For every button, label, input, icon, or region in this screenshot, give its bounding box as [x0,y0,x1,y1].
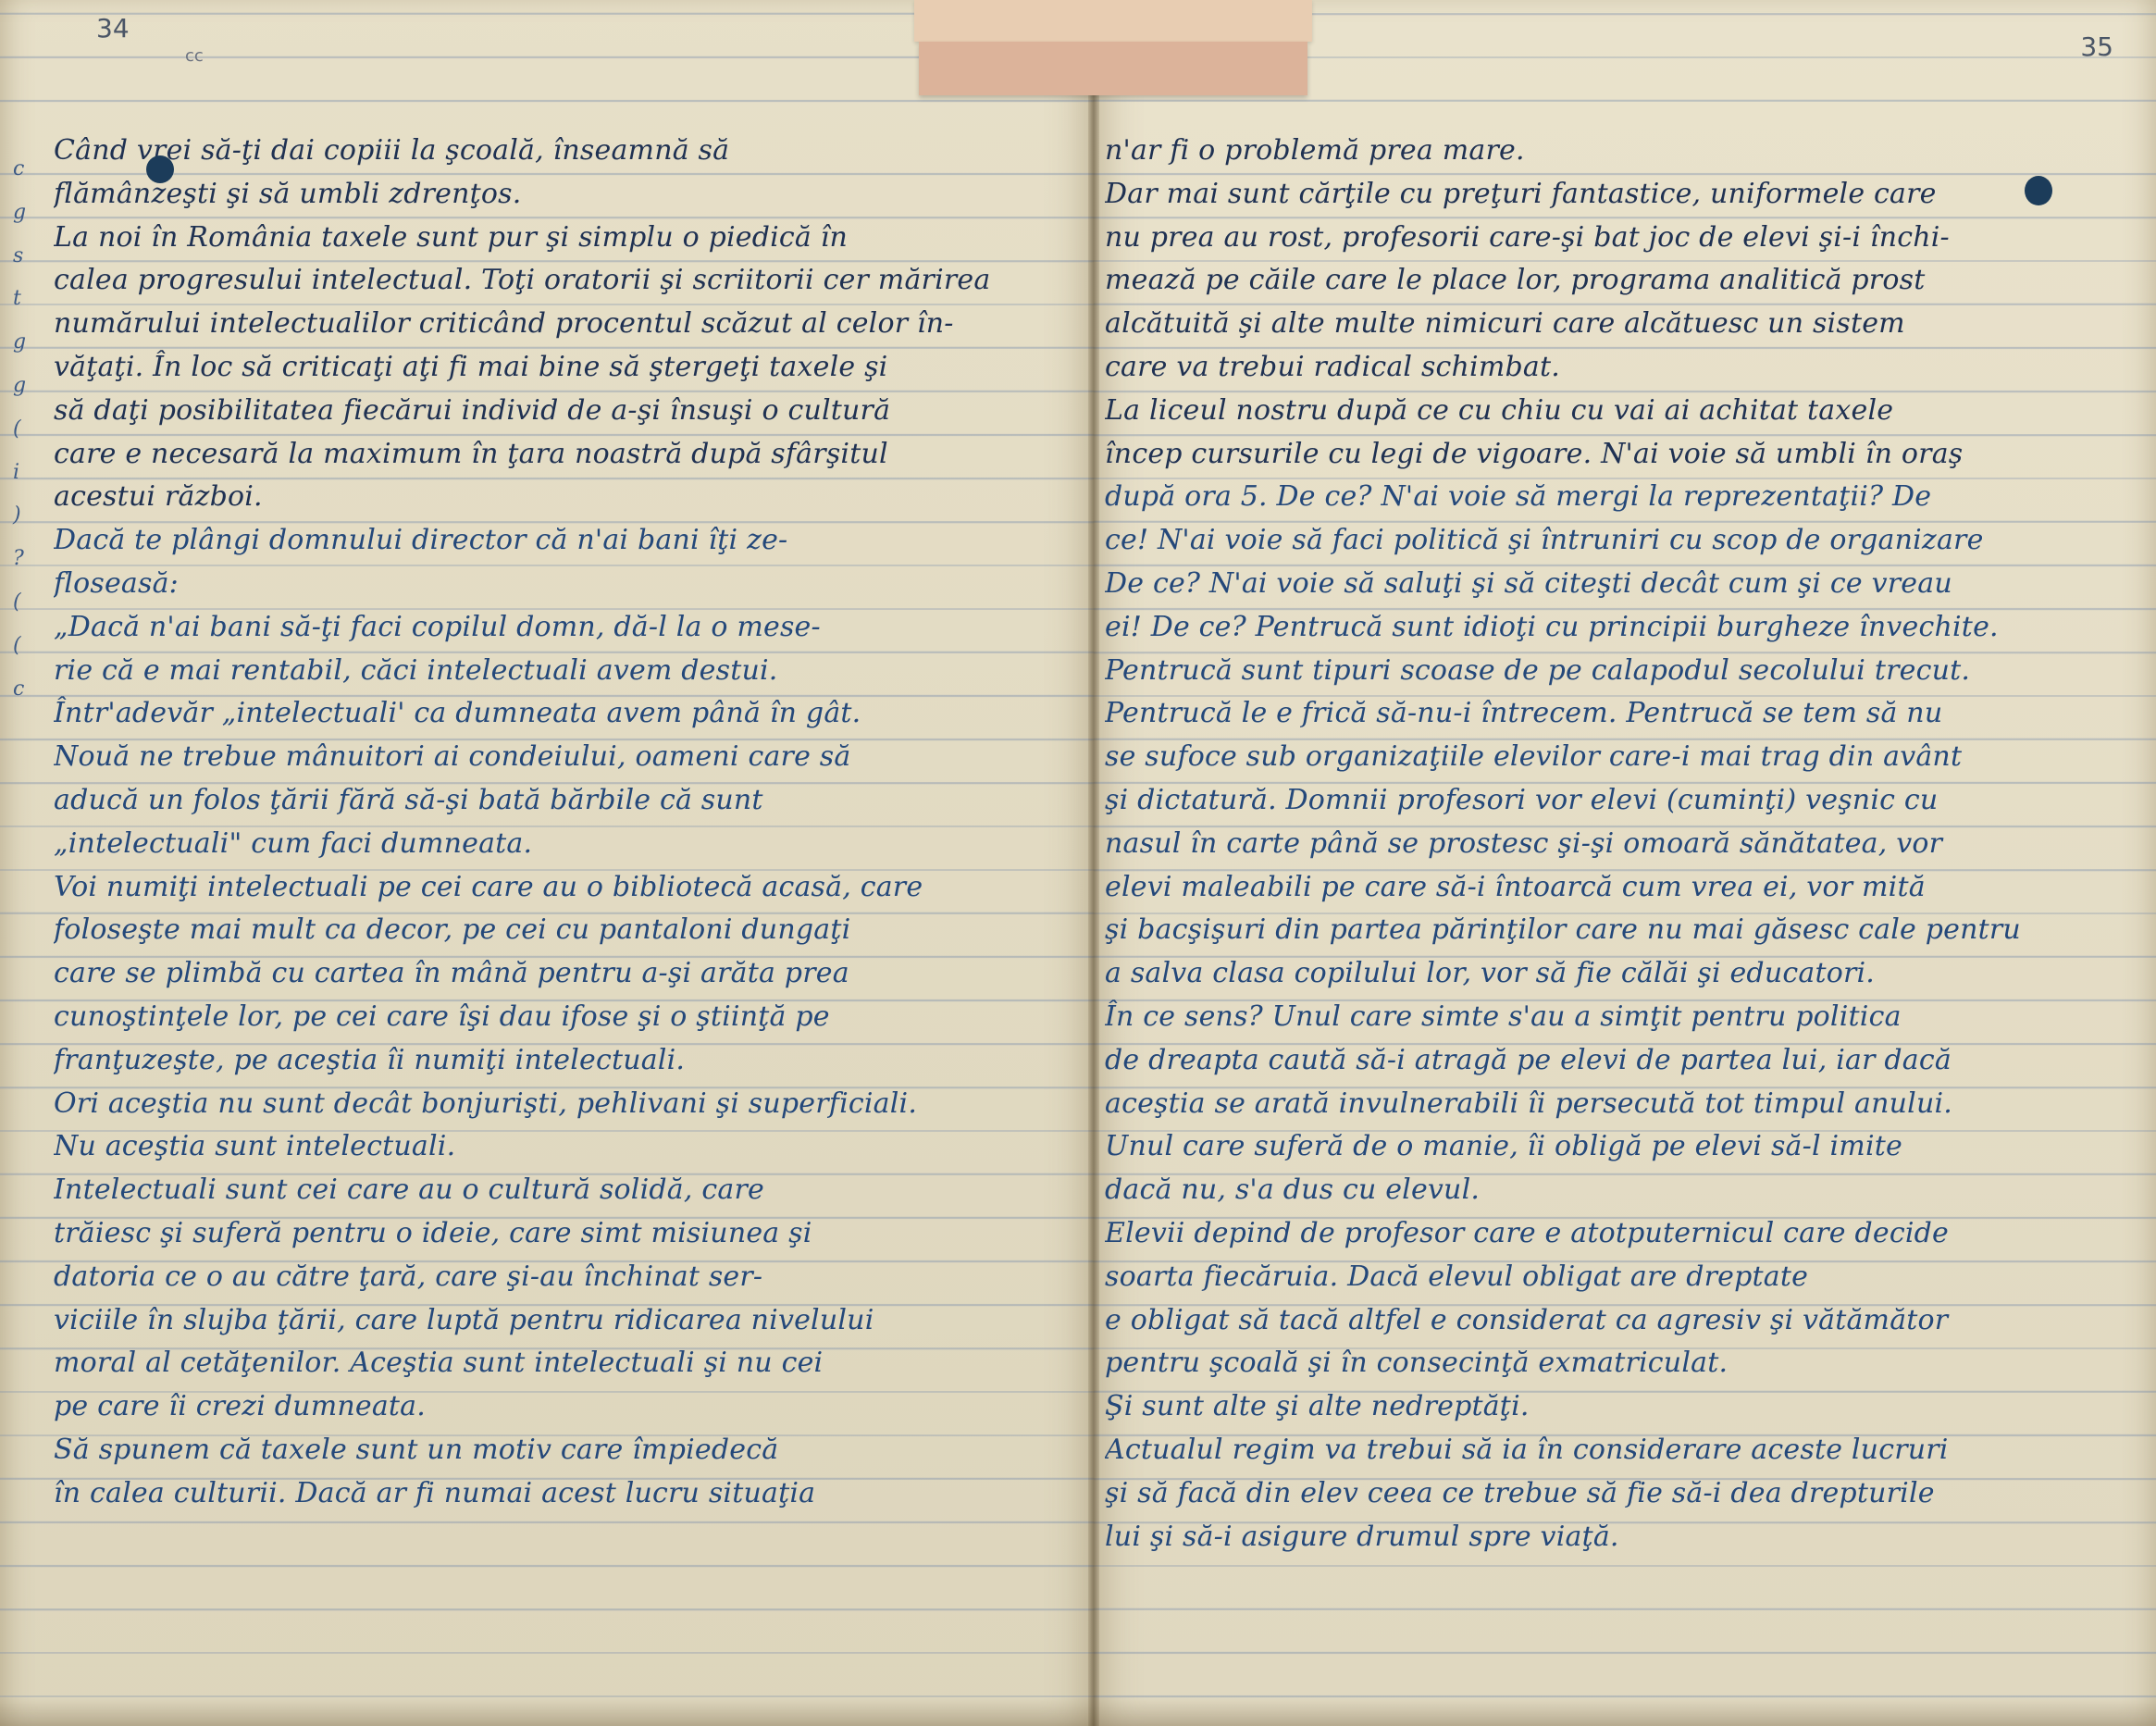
handwritten-line: aducă un folos ţării fără să-şi bată băr… [54,779,1072,823]
handwritten-line: Elevii depind de profesor care e atotput… [1105,1212,2132,1256]
handwritten-line: să daţi posibilitatea fiecărui individ d… [54,390,1072,433]
handwritten-line: datoria ce o au către ţară, care şi-au î… [54,1256,1072,1299]
handwritten-line: foloseşte mai mult ca decor, pe cei cu p… [54,909,1072,952]
handwritten-line: de dreapta caută să-i atragă pe elevi de… [1105,1039,2132,1083]
handwritten-line: cunoştinţele lor, pe cei care îşi dau if… [54,996,1072,1039]
right-page-text: n'ar fi o problemă prea mare.Dar mai sun… [1105,130,2132,1558]
handwritten-line: trăiesc şi suferă pentru o ideie, care s… [54,1212,1072,1256]
handwritten-line: Dacă te plângi domnului director că n'ai… [54,519,1072,563]
page-number-right: 35 [2080,31,2113,62]
handwritten-line: şi să facă din elev ceea ce trebue să fi… [1105,1472,2132,1516]
handwritten-line: nu prea au rost, profesorii care-şi bat … [1105,217,2132,260]
handwritten-line: În ce sens? Unul care simte s'au a simţi… [1105,996,2132,1039]
handwritten-line: care va trebui radical schimbat. [1105,346,2132,390]
handwritten-line: Pentrucă le e frică să-nu-i întrecem. Pe… [1105,692,2132,736]
ink-blot [146,155,174,183]
handwritten-line: e obligat să tacă altfel e considerat ca… [1105,1299,2132,1343]
margin-letters: cgstgg(i)?((c [13,148,37,711]
handwritten-line: franţuzeşte, pe aceştia îi numiţi intele… [54,1039,1072,1083]
handwritten-line: Nu aceştia sunt intelectuali. [54,1125,1072,1169]
handwritten-line: încep cursurile cu legi de vigoare. N'ai… [1105,433,2132,477]
ink-blot [2025,176,2052,205]
handwritten-line: care e necesară la maximum în ţara noast… [54,433,1072,477]
handwritten-line: floseasă: [54,563,1072,606]
handwritten-line: şi dictatură. Domnii profesori vor elevi… [1105,779,2132,823]
handwritten-line: soarta fiecăruia. Dacă elevul obligat ar… [1105,1256,2132,1299]
page-edge-shadow [1094,1698,2156,1726]
handwritten-line: moral al cetăţenilor. Aceştia sunt intel… [54,1342,1072,1385]
handwritten-line: Când vrei să-ţi dai copiii la şcoală, în… [54,130,1072,173]
handwritten-line: mează pe căile care le place lor, progra… [1105,259,2132,303]
handwritten-line: Actualul regim va trebui să ia în consid… [1105,1429,2132,1472]
handwritten-line: De ce? N'ai voie să saluţi şi să citeşti… [1105,563,2132,606]
margin-letter: ? [13,538,37,581]
handwritten-line: văţaţi. În loc să criticaţi aţi fi mai b… [54,346,1072,390]
margin-letter: i [13,452,37,495]
handwritten-line: ei! De ce? Pentrucă sunt idioţi cu princ… [1105,606,2132,650]
right-page: 35 n'ar fi o problemă prea mare.Dar mai … [1094,0,2156,1726]
handwritten-line: „intelectuali" cum faci dumneata. [54,823,1072,866]
handwritten-line: după ora 5. De ce? N'ai voie să mergi la… [1105,476,2132,519]
handwritten-line: Unul care suferă de o manie, îi obligă p… [1105,1125,2132,1169]
handwritten-line: flămânzeşti şi să umbli zdrenţos. [54,173,1072,217]
margin-letter: ( [13,408,37,452]
margin-letter: c [13,148,37,192]
handwritten-line: acestui război. [54,476,1072,519]
handwritten-line: Pentrucă sunt tipuri scoase de pe calapo… [1105,650,2132,693]
margin-letter: s [13,235,37,279]
handwritten-line: aceştia se arată invulnerabili îi persec… [1105,1083,2132,1126]
paper-tab-lower [919,42,1307,95]
handwritten-line: Într'adevăr „intelectuali' ca dumneata a… [54,692,1072,736]
handwritten-line: a salva clasa copilului lor, vor să fie … [1105,952,2132,996]
left-page: 34 cc cgstgg(i)?((c Când vrei să-ţi dai … [0,0,1094,1726]
margin-letter: ( [13,581,37,625]
handwritten-line: nasul în carte până se prostesc şi-şi om… [1105,823,2132,866]
page-number-left: 34 [96,13,130,43]
corner-mark: cc [185,46,204,66]
handwritten-line: Să spunem că taxele sunt un motiv care î… [54,1429,1072,1472]
handwritten-line: pe care îi crezi dumneata. [54,1385,1072,1429]
handwritten-line: viciile în slujba ţării, care luptă pent… [54,1299,1072,1343]
handwritten-line: în calea culturii. Dacă ar fi numai aces… [54,1472,1072,1516]
margin-letter: g [13,192,37,235]
margin-letter: ) [13,494,37,538]
left-page-text: Când vrei să-ţi dai copiii la şcoală, în… [54,130,1072,1516]
margin-letter: g [13,365,37,408]
paper-tab-upper [914,0,1312,42]
handwritten-line: pentru şcoală şi în consecinţă exmatricu… [1105,1342,2132,1385]
margin-letter: ( [13,625,37,668]
handwritten-line: rie că e mai rentabil, căci intelectuali… [54,650,1072,693]
handwritten-line: calea progresului intelectual. Toţi orat… [54,259,1072,303]
handwritten-line: ce! N'ai voie să faci politică şi întrun… [1105,519,2132,563]
notebook-spread: 34 cc cgstgg(i)?((c Când vrei să-ţi dai … [0,0,2156,1726]
margin-letter: c [13,668,37,712]
handwritten-line: şi bacşişuri din partea părinţilor care … [1105,909,2132,952]
binding-gutter [1088,93,1099,1726]
handwritten-line: care se plimbă cu cartea în mână pentru … [54,952,1072,996]
handwritten-line: Nouă ne trebue mânuitori ai condeiului, … [54,736,1072,779]
margin-letter: g [13,321,37,365]
handwritten-line: alcătuită şi alte multe nimicuri care al… [1105,303,2132,346]
handwritten-line: La liceul nostru după ce cu chiu cu vai … [1105,390,2132,433]
handwritten-line: elevi maleabili pe care să-i întoarcă cu… [1105,866,2132,910]
handwritten-line: se sufoce sub organizaţiile elevilor car… [1105,736,2132,779]
handwritten-line: n'ar fi o problemă prea mare. [1105,130,2132,173]
margin-letter: t [13,278,37,321]
handwritten-line: Dar mai sunt cărţile cu preţuri fantasti… [1105,173,2132,217]
handwritten-line: Voi numiţi intelectuali pe cei care au o… [54,866,1072,910]
handwritten-line: numărului intelectualilor criticând proc… [54,303,1072,346]
handwritten-line: lui şi să-i asigure drumul spre viaţă. [1105,1516,2132,1559]
handwritten-line: Ori aceştia nu sunt decât bonjurişti, pe… [54,1083,1072,1126]
handwritten-line: Intelectuali sunt cei care au o cultură … [54,1169,1072,1212]
handwritten-line: „Dacă n'ai bani să-ţi faci copilul domn,… [54,606,1072,650]
handwritten-line: Şi sunt alte şi alte nedreptăţi. [1105,1385,2132,1429]
handwritten-line: La noi în România taxele sunt pur şi sim… [54,217,1072,260]
handwritten-line: dacă nu, s'a dus cu elevul. [1105,1169,2132,1212]
page-edge-shadow [0,1698,1094,1726]
